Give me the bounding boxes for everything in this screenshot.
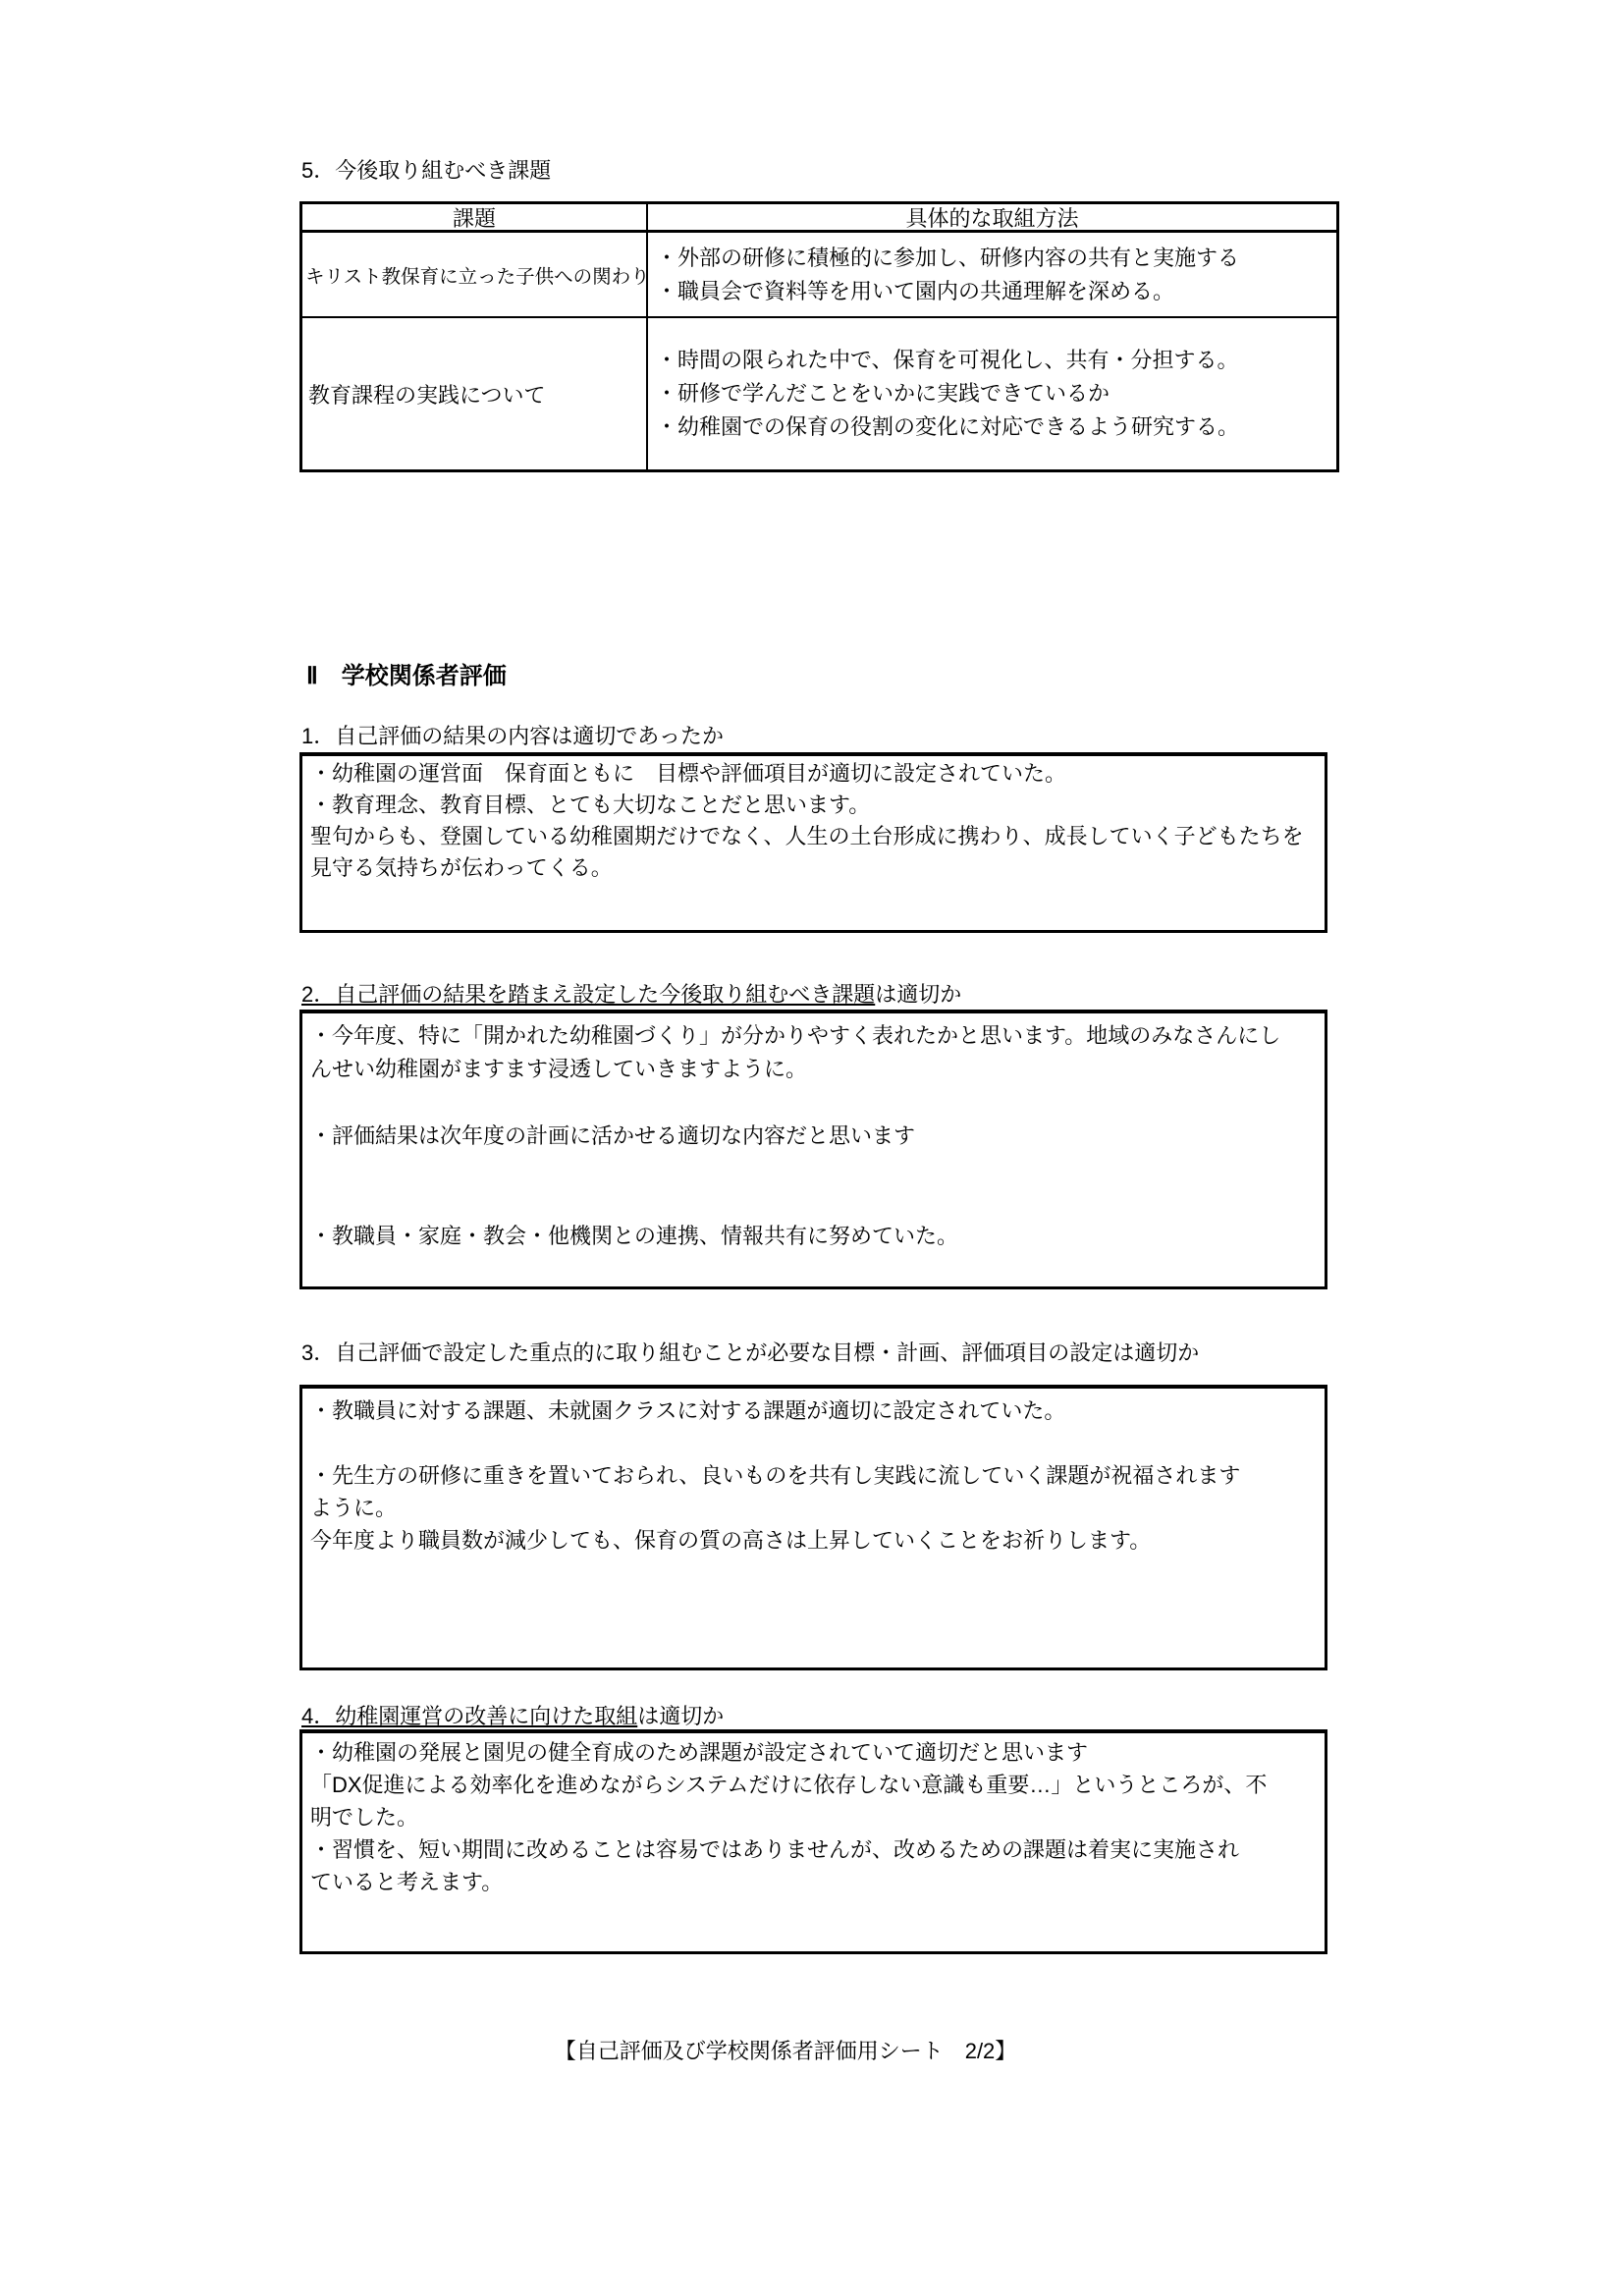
issue-text: 教育課程の実践について — [302, 379, 646, 410]
table-header-methods: 具体的な取組方法 — [648, 204, 1336, 233]
text-line: ・外部の研修に積極的に参加し、研修内容の共有と実施する — [656, 242, 1336, 275]
text-line: 「DX促進による効率化を進めながらシステムだけに依存しない意識も重要…」というと… — [310, 1769, 1319, 1801]
text-line: 聖句からも、登園している幼稚園期だけでなく、人生の土台形成に携わり、成長していく… — [310, 821, 1319, 852]
table-row-methods-1: ・外部の研修に積極的に参加し、研修内容の共有と実施する・職員会で資料等を用いて園… — [648, 233, 1336, 318]
issues-table: 課題 具体的な取組方法 キリスト教保育に立った子供への関わり ・外部の研修に積極… — [299, 201, 1339, 472]
text-line: ・教職員・家庭・教会・他機関との連携、情報共有に努めていた。 — [310, 1220, 1319, 1253]
text-line: ・今年度、特に「開かれた幼稚園づくり」が分かりやすく表れたかと思います。地域のみ… — [310, 1019, 1319, 1053]
question3-answer-box: ・教職員に対する課題、未就園クラスに対する課題が適切に設定されていた。・先生方の… — [299, 1385, 1327, 1670]
text-line: 見守る気持ちが伝わってくる。 — [310, 852, 1319, 884]
issue-text: キリスト教保育に立った子供への関わり — [302, 261, 646, 289]
evaluation-sheet-page: 5．今後取り組むべき課題 課題 具体的な取組方法 キリスト教保育に立った子供への… — [0, 0, 1624, 2296]
text-line: 明でした。 — [310, 1801, 1319, 1833]
text-line — [310, 1153, 1319, 1186]
text-line: ・教育理念、教育目標、とても大切なことだと思います。 — [310, 790, 1319, 821]
question4-title-underlined: 4．幼稚園運営の改善に向けた取組 — [301, 1704, 637, 1728]
text-line: ていると考えます。 — [310, 1866, 1319, 1898]
section5-title: 5．今後取り組むべき課題 — [301, 157, 551, 185]
text-line: ・研修で学んだことをいかに実践できているか — [656, 377, 1336, 410]
question3-title-text: 3．自己評価で設定した重点的に取り組むことが必要な目標・計画、評価項目の設定は適… — [301, 1340, 1199, 1365]
question1-title-text: 1．自己評価の結果の内容は適切であったか — [301, 724, 724, 748]
table-row-issue-1: キリスト教保育に立った子供への関わり — [302, 233, 648, 318]
text-line: ・幼稚園の運営面 保育面ともに 目標や評価項目が適切に設定されていた。 — [310, 758, 1319, 790]
table-row-issue-2: 教育課程の実践について — [302, 318, 648, 469]
text-line: ・幼稚園の発展と園児の健全育成のため課題が設定されていて適切だと思います — [310, 1736, 1319, 1769]
text-line: ・職員会で資料等を用いて園内の共通理解を深める。 — [656, 275, 1336, 308]
text-line: ・先生方の研修に重きを置いておられ、良いものを共有し実践に流していく課題が祝福さ… — [310, 1459, 1319, 1492]
question1-title: 1．自己評価の結果の内容は適切であったか — [301, 723, 724, 749]
text-line: ように。 — [310, 1492, 1319, 1524]
table-row-methods-2: ・時間の限られた中で、保育を可視化し、共有・分担する。・研修で学んだことをいかに… — [648, 318, 1336, 469]
text-line: ・幼稚園での保育の役割の変化に対応できるよう研究する。 — [656, 410, 1336, 444]
question2-answer-box: ・今年度、特に「開かれた幼稚園づくり」が分かりやすく表れたかと思います。地域のみ… — [299, 1010, 1327, 1289]
table-header-issue: 課題 — [302, 204, 648, 233]
text-line — [310, 1186, 1319, 1220]
question2-title: 2．自己評価の結果を踏まえ設定した今後取り組むべき課題は適切か — [301, 981, 961, 1008]
question1-answer-box: ・幼稚園の運営面 保育面ともに 目標や評価項目が適切に設定されていた。・教育理念… — [299, 752, 1327, 933]
text-line — [310, 1427, 1319, 1459]
text-line: ・教職員に対する課題、未就園クラスに対する課題が適切に設定されていた。 — [310, 1394, 1319, 1427]
question4-answer-box: ・幼稚園の発展と園児の健全育成のため課題が設定されていて適切だと思います「DX促… — [299, 1729, 1327, 1954]
page-footer: 【自己評価及び学校関係者評価用シート 2/2】 — [0, 2035, 1571, 2065]
text-line: ・時間の限られた中で、保育を可視化し、共有・分担する。 — [656, 344, 1336, 377]
text-line: ・習慣を、短い期間に改めることは容易ではありませんが、改めるための課題は着実に実… — [310, 1833, 1319, 1866]
question4-title: 4．幼稚園運営の改善に向けた取組は適切か — [301, 1703, 724, 1729]
question2-title-underlined: 2．自己評価の結果を踏まえ設定した今後取り組むべき課題 — [301, 982, 875, 1007]
text-line: んせい幼稚園がますます浸透していきますように。 — [310, 1053, 1319, 1086]
text-line: 今年度より職員数が減少しても、保育の質の高さは上昇していくことをお祈りします。 — [310, 1524, 1319, 1557]
text-line — [310, 1086, 1319, 1120]
question3-title: 3．自己評価で設定した重点的に取り組むことが必要な目標・計画、評価項目の設定は適… — [301, 1339, 1199, 1366]
section2-heading: Ⅱ 学校関係者評価 — [306, 656, 507, 690]
text-line: ・評価結果は次年度の計画に活かせる適切な内容だと思います — [310, 1120, 1319, 1153]
